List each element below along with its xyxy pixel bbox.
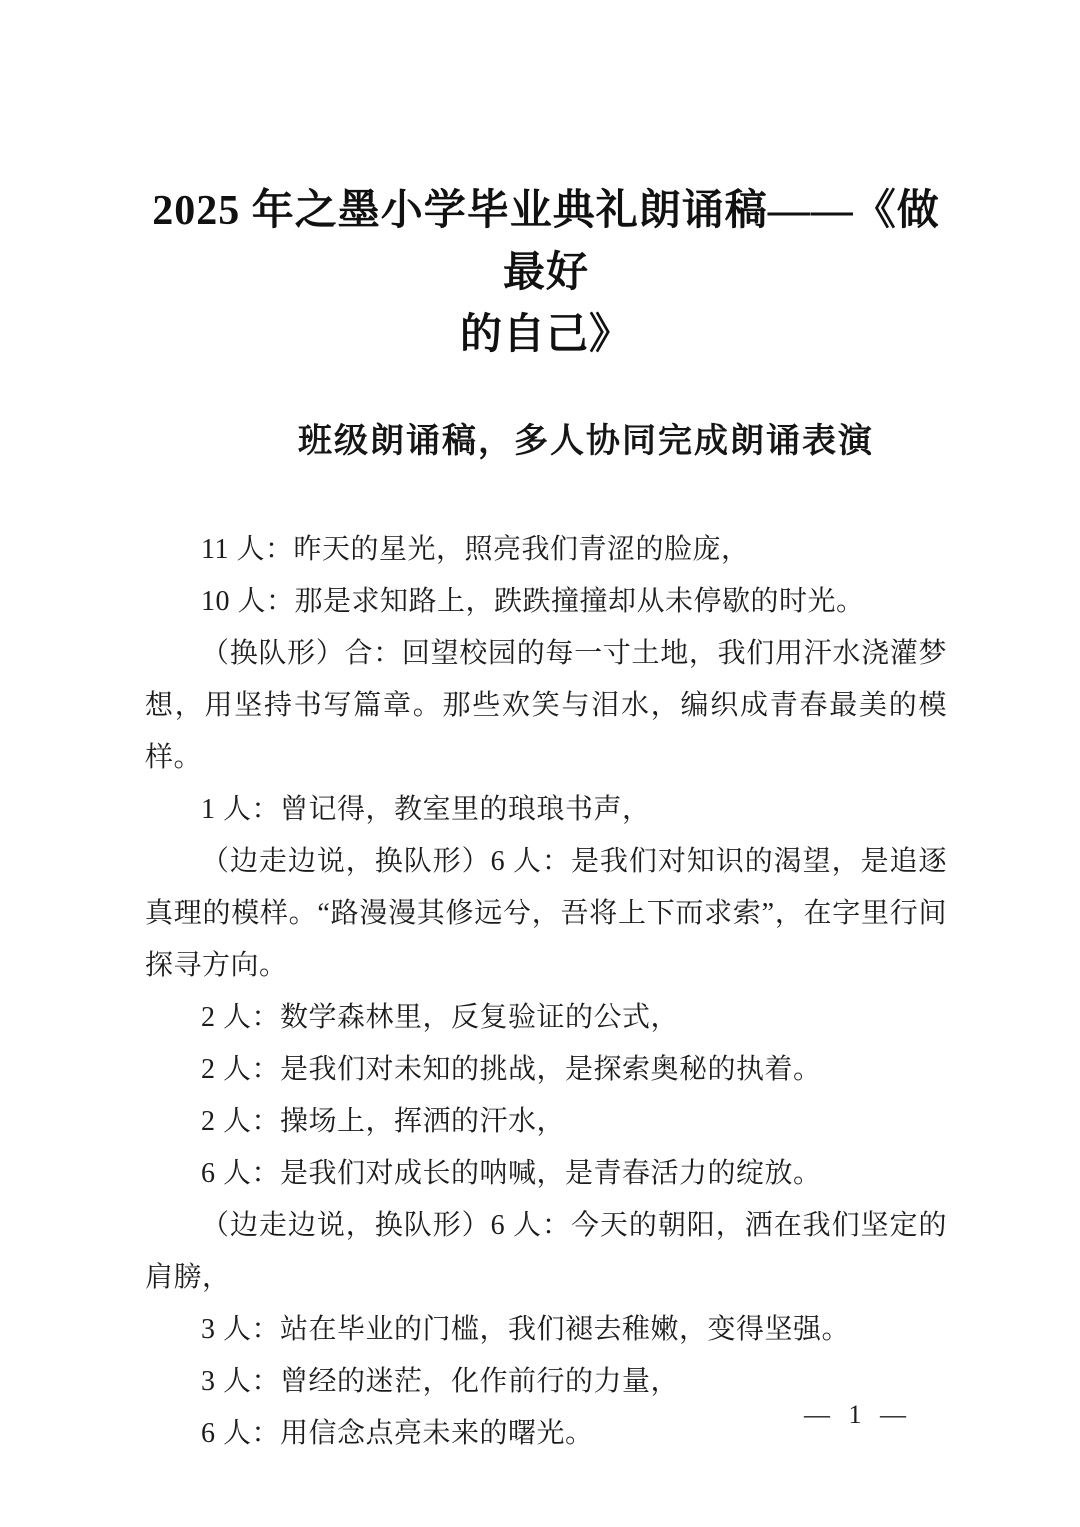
document-title-line-1: 2025 年之墨小学毕业典礼朗诵稿——《做最好 [145, 180, 947, 304]
script-line-2: 10 人：那是求知路上，跌跌撞撞却从未停歇的时光。 [145, 576, 947, 628]
script-line-1: 11 人：昨天的星光，照亮我们青涩的脸庞， [145, 524, 947, 576]
script-line-4: 1 人：曾记得，教室里的琅琅书声， [145, 784, 947, 836]
document-title: 2025 年之墨小学毕业典礼朗诵稿——《做最好 的自己》 [145, 180, 947, 366]
script-line-7: 2 人：是我们对未知的挑战，是探索奥秘的执着。 [145, 1044, 947, 1096]
script-line-8: 2 人：操场上，挥洒的汗水， [145, 1096, 947, 1148]
script-line-5: （边走边说，换队形）6 人：是我们对知识的渴望，是追逐真理的模样。“路漫漫其修远… [145, 836, 947, 992]
page-number: — 1 — [804, 1398, 912, 1432]
script-body: 11 人：昨天的星光，照亮我们青涩的脸庞， 10 人：那是求知路上，跌跌撞撞却从… [145, 524, 947, 1460]
document-page: 2025 年之墨小学毕业典礼朗诵稿——《做最好 的自己》 班级朗诵稿，多人协同完… [0, 0, 1080, 1527]
script-line-11: 3 人：站在毕业的门槛，我们褪去稚嫩，变得坚强。 [145, 1304, 947, 1356]
document-subtitle: 班级朗诵稿，多人协同完成朗诵表演 [145, 418, 947, 466]
script-line-3: （换队形）合：回望校园的每一寸土地，我们用汗水浇灌梦想，用坚持书写篇章。那些欢笑… [145, 628, 947, 784]
document-title-line-2: 的自己》 [145, 304, 947, 366]
script-line-6: 2 人：数学森林里，反复验证的公式， [145, 992, 947, 1044]
script-line-9: 6 人：是我们对成长的呐喊，是青春活力的绽放。 [145, 1148, 947, 1200]
script-line-10: （边走边说，换队形）6 人：今天的朝阳，洒在我们坚定的肩膀， [145, 1200, 947, 1304]
